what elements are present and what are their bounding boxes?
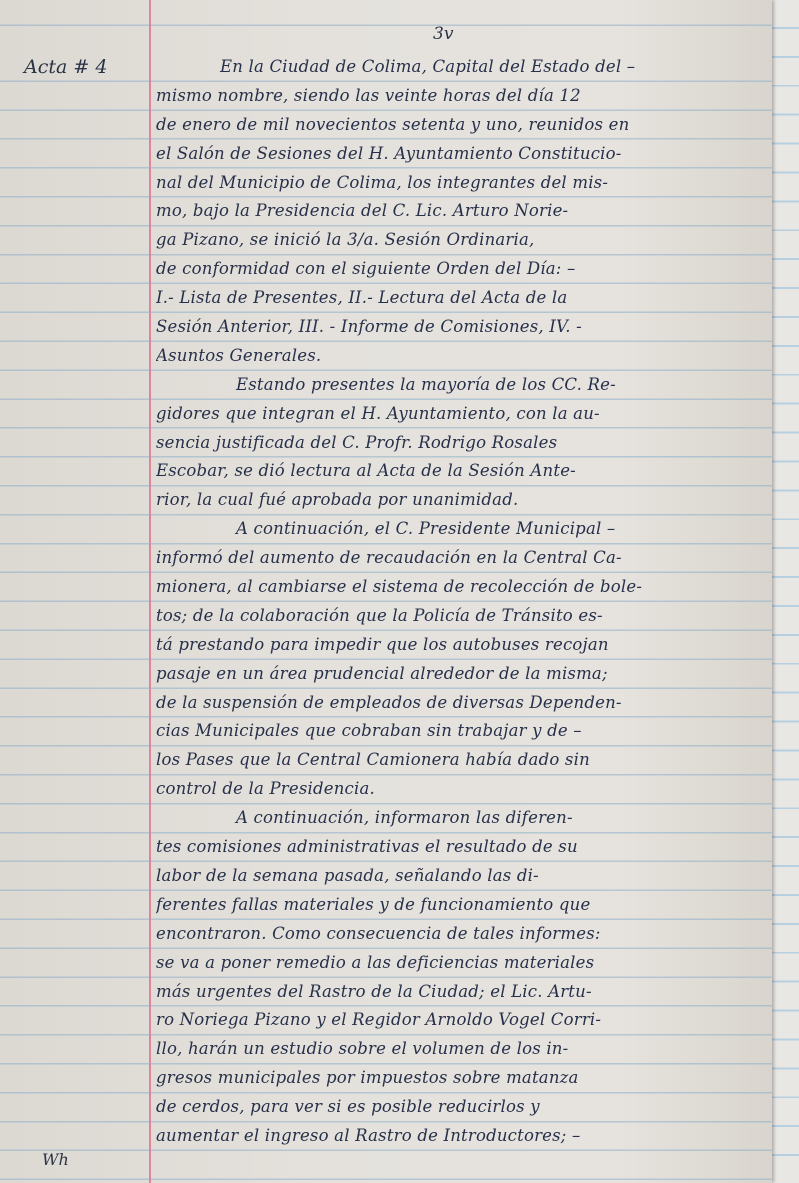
text-line: aumentar el ingreso al Rastro de Introdu… [156,1122,762,1151]
text-line: de conformidad con el siguiente Orden de… [156,255,762,284]
text-line: Estando presentes la mayoría de los CC. … [156,371,762,400]
text-line: En la Ciudad de Colima, Capital del Esta… [156,53,762,82]
text-line: Asuntos Generales. [156,342,762,371]
text-line: llo, harán un estudio sobre el volumen d… [156,1035,762,1064]
text-line: I.- Lista de Presentes, II.- Lectura del… [156,284,762,313]
text-line: mo, bajo la Presidencia del C. Lic. Artu… [156,197,762,226]
handwritten-minutes: En la Ciudad de Colima, Capital del Esta… [156,53,762,1151]
text-line: los Pases que la Central Camionera había… [156,746,762,775]
text-line: cias Municipales que cobraban sin trabaj… [156,717,762,746]
footer-initials: Wh [42,1150,69,1169]
text-line: ro Noriega Pizano y el Regidor Arnoldo V… [156,1006,762,1035]
text-line: rior, la cual fué aprobada por unanimida… [156,486,762,515]
notebook-page: 3v Acta # 4 En la Ciudad de Colima, Capi… [0,0,772,1183]
margin-note-acta: Acta # 4 [24,56,107,78]
text-line: control de la Presidencia. [156,775,762,804]
text-line: más urgentes del Rastro de la Ciudad; el… [156,978,762,1007]
text-line: Escobar, se dió lectura al Acta de la Se… [156,457,762,486]
text-line: ga Pizano, se inició la 3/a. Sesión Ordi… [156,226,762,255]
text-line: gidores que integran el H. Ayuntamiento,… [156,400,762,429]
text-line: pasaje en un área prudencial alrededor d… [156,660,762,689]
text-line: gresos municipales por impuestos sobre m… [156,1064,762,1093]
text-line: de la suspensión de empleados de diversa… [156,689,762,718]
margin-rule [149,0,151,1183]
text-line: tos; de la colaboración que la Policía d… [156,602,762,631]
text-line: mionera, al cambiarse el sistema de reco… [156,573,762,602]
text-line: A continuación, el C. Presidente Municip… [156,515,762,544]
text-line: tes comisiones administrativas el result… [156,833,762,862]
text-line: sencia justificada del C. Profr. Rodrigo… [156,429,762,458]
text-line: de cerdos, para ver si es posible reduci… [156,1093,762,1122]
text-line: ferentes fallas materiales y de funciona… [156,891,762,920]
text-line: el Salón de Sesiones del H. Ayuntamiento… [156,140,762,169]
text-line: de enero de mil novecientos setenta y un… [156,111,762,140]
text-line: encontraron. Como consecuencia de tales … [156,920,762,949]
text-line: se va a poner remedio a las deficiencias… [156,949,762,978]
text-line: tá prestando para impedir que los autobu… [156,631,762,660]
text-line: A continuación, informaron las diferen- [156,804,762,833]
text-line: nal del Municipio de Colima, los integra… [156,169,762,198]
text-line: informó del aumento de recaudación en la… [156,544,762,573]
text-line: labor de la semana pasada, señalando las… [156,862,762,891]
text-line: Sesión Anterior, III. - Informe de Comis… [156,313,762,342]
page-number: 3v [433,24,453,44]
next-page-edge [772,0,799,1183]
text-line: mismo nombre, siendo las veinte horas de… [156,82,762,111]
